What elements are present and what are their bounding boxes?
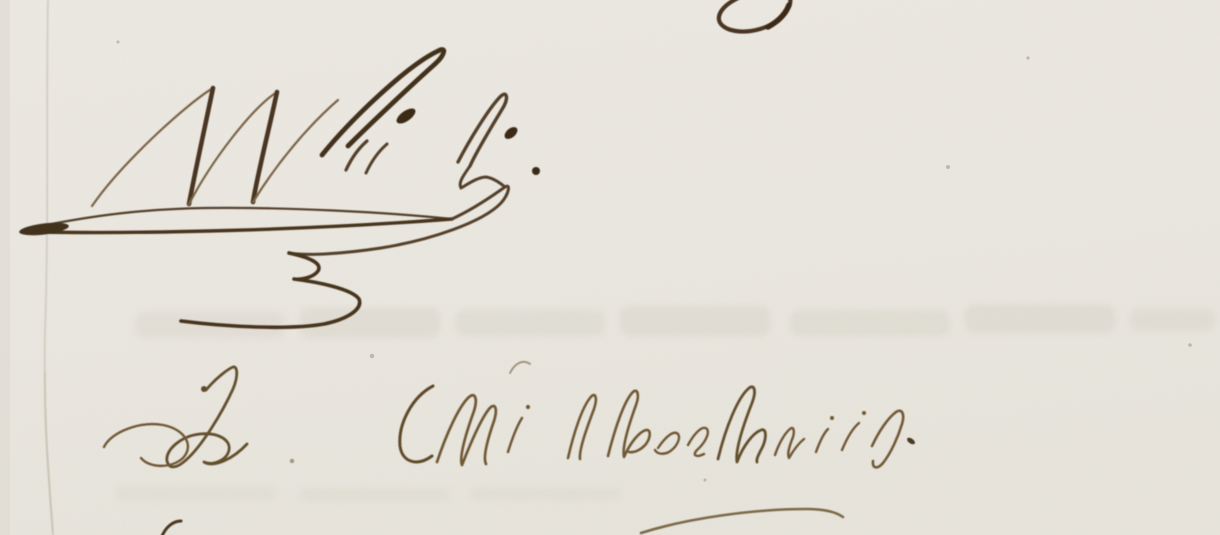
i-dot (862, 411, 866, 415)
i-dot (830, 416, 834, 420)
manuscript-canvas (0, 0, 1220, 535)
period-dot (290, 459, 294, 463)
paper-left-edge-shade (0, 0, 10, 535)
paper-background (0, 0, 1220, 535)
manuscript-page: Whijtz. L. Wilkeshuis (0, 0, 1220, 535)
period-dot (532, 167, 540, 175)
i-dot (526, 405, 530, 409)
